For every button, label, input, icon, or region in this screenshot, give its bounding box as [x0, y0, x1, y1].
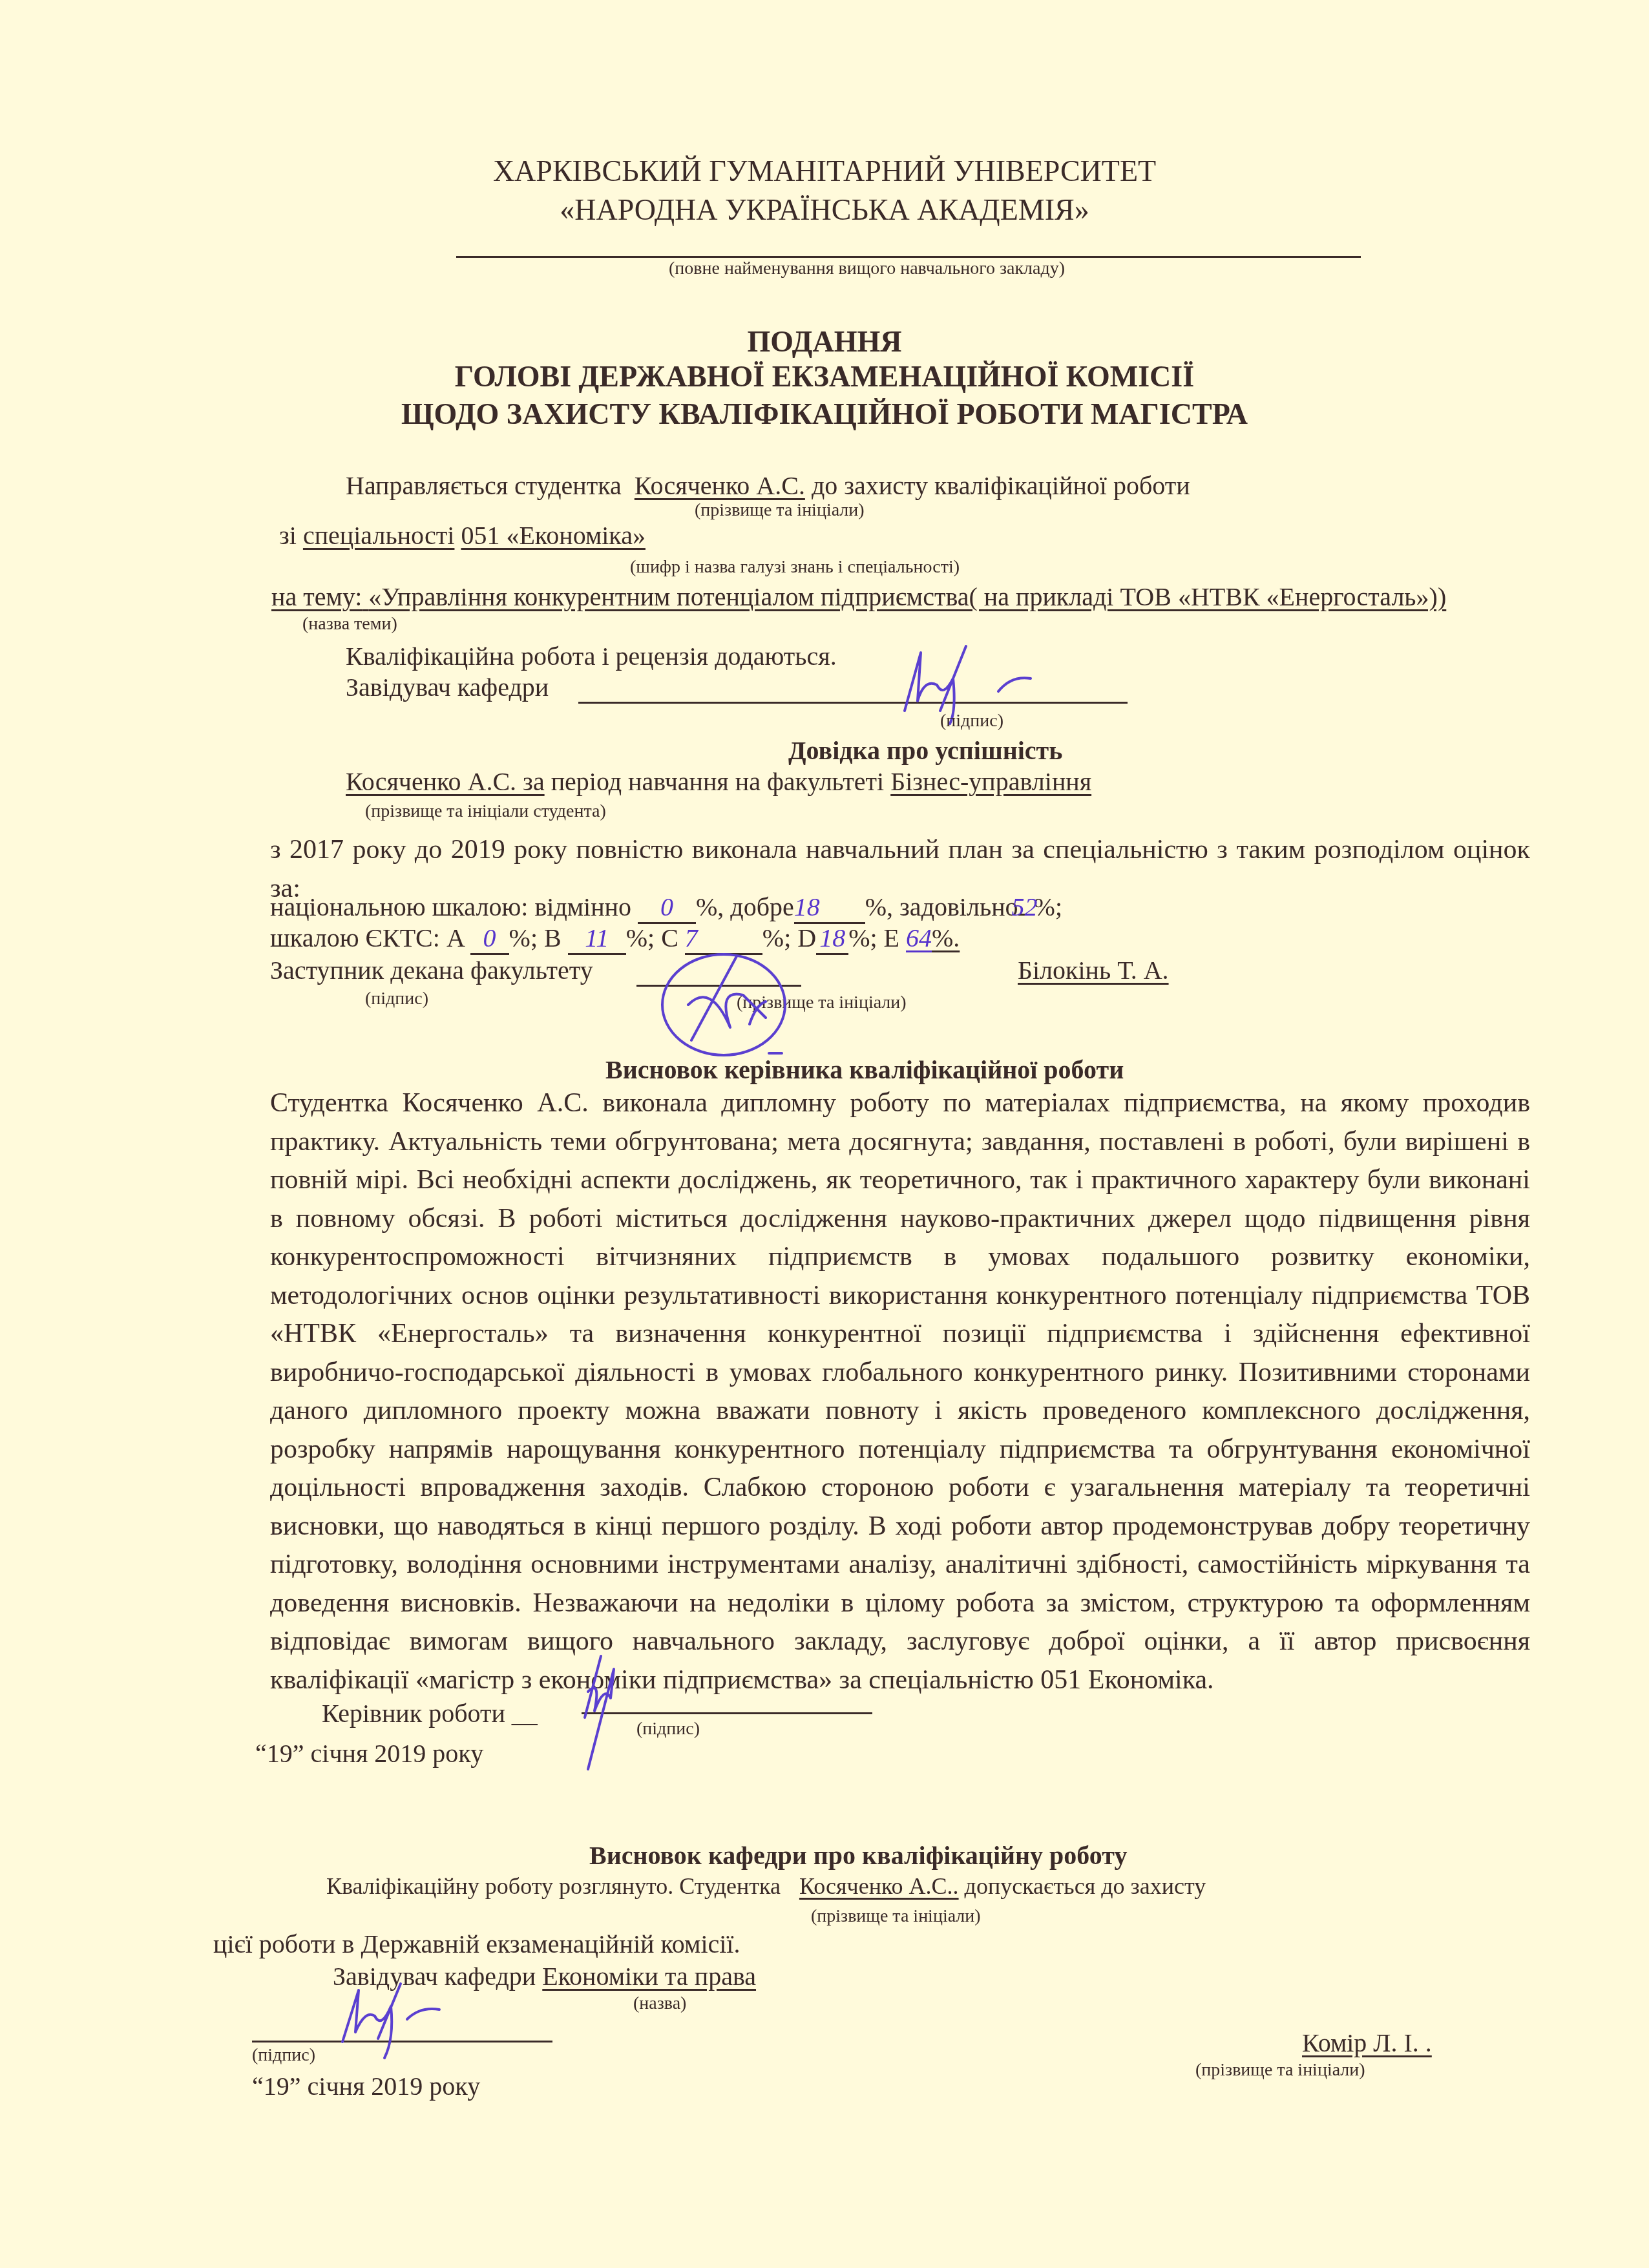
document-title-line1: ПОДАННЯ [0, 324, 1649, 359]
deputy-dean-name: Білокінь Т. А. [1018, 955, 1169, 985]
performance-period: період навчання на факультеті [551, 767, 885, 796]
specialty-caption: (шифр і назва галузі знань і спеціальнос… [630, 557, 960, 578]
department-head-name-caption: (прізвище та ініціали) [1195, 2060, 1365, 2081]
faculty-name: Бізнес-управління [890, 767, 1091, 796]
university-caption: (повне найменування вищого навчального з… [669, 258, 1065, 279]
ects-end: %. [932, 923, 960, 952]
department-reviewed-line: Кваліфікаційну роботу розглянуто. Студен… [326, 1873, 1206, 1900]
department-name: Економіки та права [542, 1962, 756, 1991]
supervisor-label: Керівник роботи __ [322, 1698, 538, 1728]
grade-good-label: %, добре [696, 892, 794, 921]
national-scale-line: національною шкалою: відмінно 0%, добре1… [270, 892, 1062, 924]
ects-b-label: %; B [509, 923, 562, 952]
university-underline [456, 256, 1361, 258]
grade-good: 18 [794, 892, 865, 924]
performance-heading: Довідка про успішність [788, 735, 1062, 766]
university-name-line1: ХАРКІВСЬКИЙ ГУМАНІТАРНИЙ УНІВЕРСИТЕТ [0, 154, 1649, 188]
ects-grade-b: 11 [568, 923, 626, 955]
supervisor-signature-caption: (підпис) [636, 1719, 700, 1739]
ects-d-label: %; D [762, 923, 816, 952]
department-name-caption: (назва) [633, 1993, 686, 2014]
deputy-dean-signature-icon [653, 950, 821, 1066]
university-name-line2: «НАРОДНА УКРАЇНСЬКА АКАДЕМІЯ» [0, 193, 1649, 227]
specialty-value: 051 «Економіка» [461, 521, 646, 550]
topic-label: на тему: [271, 582, 362, 611]
performance-line: Косяченко А.С. за період навчання на фак… [346, 766, 1091, 797]
grade-excellent: 0 [638, 892, 696, 924]
directed-prefix: Направляється студентка [346, 471, 622, 500]
ects-grade-d: 18 [816, 923, 848, 955]
department-student-name: Косяченко А.С.. [786, 1873, 959, 1899]
ects-grade-a: 0 [470, 923, 509, 955]
specialty-prefix: зі [279, 521, 297, 550]
topic-value: «Управління конкурентним потенціалом під… [368, 582, 1446, 611]
performance-student-caption: (прізвище та ініціали студента) [365, 801, 606, 822]
student-name-caption: (прізвище та ініціали) [695, 500, 865, 521]
specialty-line: зі спеціальності 051 «Економіка» [279, 520, 646, 551]
head-of-dept-label: Завідувач кафедри [346, 672, 549, 702]
student-name: Косяченко А.С. [635, 471, 805, 500]
specialty-label: спеціальності [303, 521, 455, 550]
ects-scale-line: шкалою ЄКТС: A 0%; B 11%; C 7%; D18%; E … [270, 923, 960, 955]
topic-line: на тему: «Управління конкурентним потенц… [271, 582, 1446, 612]
reviewed-prefix: Кваліфікаційну роботу розглянуто. Студен… [326, 1873, 781, 1899]
performance-student-name: Косяченко А.С. за [346, 767, 545, 796]
department-student-caption: (прізвище та ініціали) [811, 1906, 981, 1927]
submission-line: Направляється студентка Косяченко А.С. д… [346, 470, 1190, 501]
commission-line: цієї роботи в Державній екзаменаційній к… [213, 1929, 740, 1959]
supervisor-signature-icon [575, 1646, 666, 1776]
grade-satisfactory-label: %, задовільно [865, 892, 1018, 921]
ects-e-label: %; E [848, 923, 899, 952]
supervisor-conclusion-heading: Висновок керівника кваліфікаційної робот… [605, 1055, 1124, 1085]
deputy-dean-label: Заступник декана факультету [270, 955, 593, 985]
attached-note: Кваліфікаційна робота і рецензія додають… [346, 641, 837, 671]
grade-satisfactory-blank: 52 [1018, 914, 1034, 916]
department-date: “19” січня 2019 року [252, 2071, 480, 2101]
ects-c-label: %; C [626, 923, 678, 952]
department-conclusion-heading: Висновок кафедри про кваліфікаційну робо… [589, 1840, 1127, 1871]
head-signature-caption: (підпис) [940, 711, 1003, 731]
document-title-line2: ГОЛОВІ ДЕРЖАВНОЇ ЕКЗАМЕНАЦІЙНОЇ КОМІСІЇ [0, 359, 1649, 394]
ects-label: шкалою ЄКТС: A [270, 923, 464, 952]
ects-grade-e: 64 [906, 923, 932, 952]
national-scale-label: національною шкалою: відмінно [270, 892, 631, 921]
department-head-signature-caption: (підпис) [252, 2045, 315, 2066]
national-scale-end: %; [1034, 892, 1062, 921]
reviewed-suffix: допускається до захисту [965, 1873, 1206, 1899]
department-head-signature-icon [336, 1977, 504, 2061]
topic-caption: (назва теми) [302, 614, 397, 635]
supervisor-date: “19” січня 2019 року [255, 1738, 483, 1769]
document-title-line3: ЩОДО ЗАХИСТУ КВАЛІФІКАЦІЙНОЇ РОБОТИ МАГІ… [0, 397, 1649, 431]
deputy-dean-signature-caption: (підпис) [365, 989, 428, 1009]
grade-satisfactory: 52 [1012, 892, 1038, 922]
directed-suffix: до захисту кваліфікаційної роботи [812, 471, 1190, 500]
department-head-name: Комір Л. І. . [1302, 2028, 1432, 2058]
supervisor-conclusion-text: Студентка Косяченко А.С. виконала диплом… [270, 1084, 1530, 1699]
